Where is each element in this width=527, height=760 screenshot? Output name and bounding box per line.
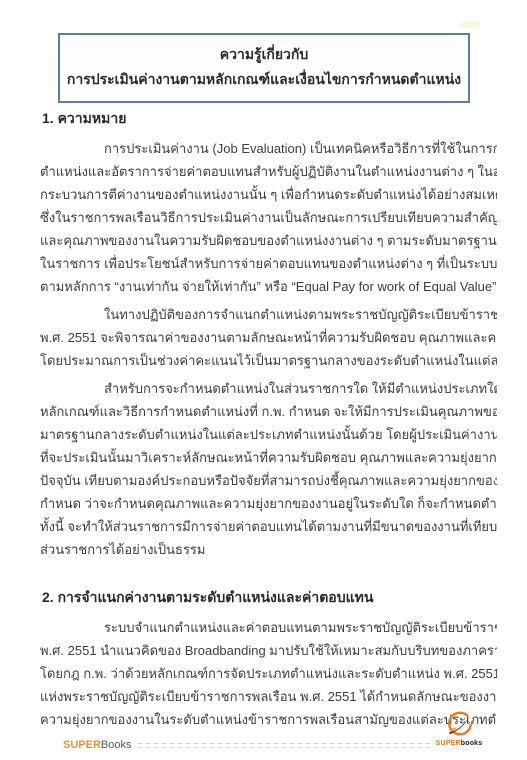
text-line: ระบบจำแนกตำแหน่งและค่าตอบแทนตามพระราชบัญ…: [40, 616, 497, 639]
footer-brand: SUPERBooks: [63, 739, 131, 752]
document-body: 1. ความหมาย การประเมินค่างาน (Job Evalua…: [40, 108, 497, 731]
section-1-paragraph-1: การประเมินค่างาน (Job Evaluation) เป็นเท…: [40, 137, 497, 298]
text-line: ส่วนราชการได้อย่างเป็นธรรม: [40, 538, 497, 561]
text-line: มาตรฐานกลางระดับตำแหน่งในแต่ละประเภทตำแห…: [40, 423, 497, 446]
publisher-logo: SUPERbooks ···········: [436, 711, 482, 752]
logo-wordmark-dark: books: [461, 740, 483, 747]
title-line-1: ความรู้เกี่ยวกับ: [66, 42, 462, 67]
section-2: 2. การจำแนกค่างานตามระดับตำแหน่งและค่าตอ…: [40, 587, 497, 731]
footer-brand-dark: Books: [101, 739, 132, 751]
logo-wordmark-orange: SUPER: [436, 740, 461, 747]
text-line: ตำแหน่งและอัตราการจ่ายค่าตอบแทนสำหรับผู้…: [40, 160, 497, 183]
page-footer: SUPERBooks SUPERbooks ···········: [63, 711, 482, 752]
section-1-paragraph-3: สำหรับการจะกำหนดตำแหน่งในส่วนราชการใด ให…: [40, 377, 497, 561]
text-line: โดยกฎ ก.พ. ว่าด้วยหลักเกณฑ์การจัดประเภทต…: [40, 662, 497, 685]
text-line: กระบวนการตีค่างานของตำแหน่งงานนั้น ๆ เพื…: [40, 183, 497, 206]
text-line: กำหนด ว่าจะกำหนดคุณภาพและความยุ่งยากของง…: [40, 492, 497, 515]
text-line: แห่งพระราชบัญญัติระเบียบข้าราชการพลเรือน…: [40, 685, 497, 708]
section-2-heading: 2. การจำแนกค่างานตามระดับตำแหน่งและค่าตอ…: [42, 587, 497, 609]
text-line: โดยประมาณการเป็นช่วงค่าคะแนนไว้เป็นมาตรฐ…: [40, 349, 497, 372]
swoosh-logo-icon: [444, 711, 474, 741]
footer-dashed-divider: [137, 743, 431, 749]
text-line: ในทางปฏิบัติของการจำแนกตำแหน่งตามพระราชบ…: [40, 303, 497, 326]
section-1-paragraph-2: ในทางปฏิบัติของการจำแนกตำแหน่งตามพระราชบ…: [40, 303, 497, 372]
text-line: การประเมินค่างาน (Job Evaluation) เป็นเท…: [40, 137, 497, 160]
title-box: ความรู้เกี่ยวกับ การประเมินค่างานตามหลัก…: [58, 33, 470, 103]
text-line: ตามหลักการ “งานเท่ากัน จ่ายให้เท่ากัน” ห…: [40, 275, 497, 298]
logo-caption-dots: ···········: [446, 748, 472, 752]
text-line: ที่จะประเมินนั้นมาวิเคราะห์ลักษณะหน้าที่…: [40, 446, 497, 469]
text-line: ปัจจุบัน เทียบตามองค์ประกอบหรือปัจจัยที่…: [40, 469, 497, 492]
text-line: ในราชการ เพื่อประโยชน์สำหรับการจ่ายค่าตอ…: [40, 252, 497, 275]
title-line-2: การประเมินค่างานตามหลักเกณฑ์และเงื่อนไขก…: [66, 67, 462, 92]
text-line: และคุณภาพของงานในความรับผิดชอบของตำแหน่ง…: [40, 229, 497, 252]
faint-watermark-mark: [459, 21, 479, 28]
footer-brand-orange: SUPER: [63, 739, 101, 751]
text-line: หลักเกณฑ์และวิธีการกำหนดตำแหน่งที่ ก.พ. …: [40, 400, 497, 423]
text-line: ซึ่งในราชการพลเรือนวิธีการประเมินค่างานเ…: [40, 206, 497, 229]
document-page: ความรู้เกี่ยวกับ การประเมินค่างานตามหลัก…: [0, 0, 527, 760]
section-1-heading: 1. ความหมาย: [42, 108, 497, 130]
text-line: สำหรับการจะกำหนดตำแหน่งในส่วนราชการใด ให…: [40, 377, 497, 400]
text-line: พ.ศ. 2551 นำแนวคิดของ Broadbanding มาปรั…: [40, 639, 497, 662]
text-line: ทั้งนี้ จะทำให้ส่วนราชการมีการจ่ายค่าตอบ…: [40, 515, 497, 538]
section-1: 1. ความหมาย การประเมินค่างาน (Job Evalua…: [40, 108, 497, 561]
text-line: พ.ศ. 2551 จะพิจารณาค่าของงานตามลักษณะหน้…: [40, 326, 497, 349]
